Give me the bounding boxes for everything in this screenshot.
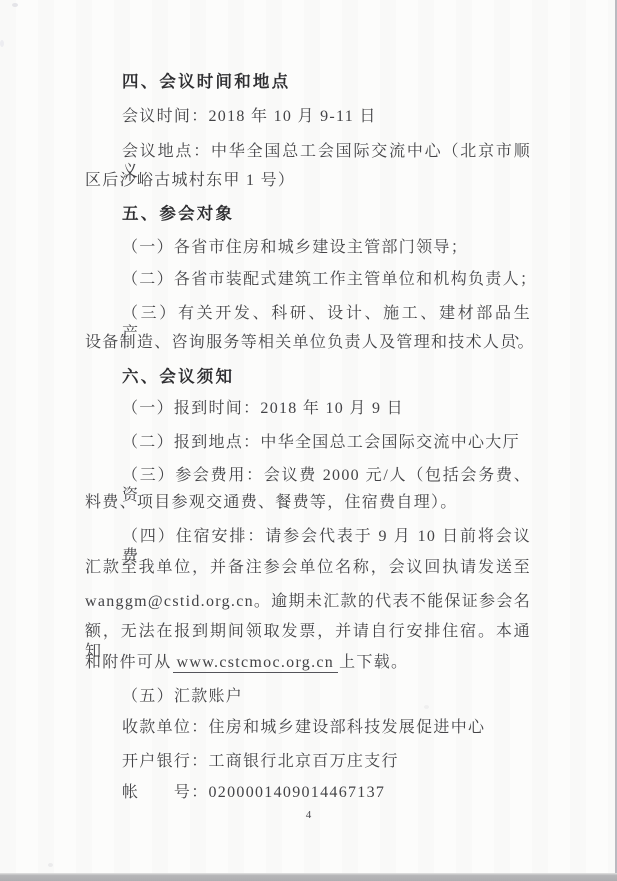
- download-note-line: 和附件可从www.cstcmoc.org.cn上下载。: [85, 653, 408, 673]
- scan-speck: [424, 705, 429, 709]
- scanned-document-page: 四、会议时间和地点 会议时间：2018 年 10 月 9-11 日 会议地点：中…: [0, 0, 617, 881]
- download-note-prefix: 和附件可从: [85, 654, 172, 671]
- page-number: 4: [0, 809, 617, 821]
- heading-participants: 五、参会对象: [122, 204, 234, 224]
- meeting-time-line: 会议时间：2018 年 10 月 9-11 日: [122, 107, 377, 127]
- heading-meeting-notes: 六、会议须知: [122, 367, 234, 387]
- participants-item-3-cont: 设备制造、咨询服务等相关单位负责人及管理和技术人员。: [85, 333, 535, 353]
- accommodation-line-2: 汇款至我单位，并备注参会单位名称，会议回执请发送至: [85, 558, 531, 578]
- checkin-location-line: （二）报到地点：中华全国总工会国际交流中心大厅: [122, 433, 520, 453]
- scan-edge-bottom: [0, 873, 617, 881]
- payee-line: 收款单位：住房和城乡建设部科技发展促进中心: [122, 718, 485, 738]
- heading-meeting-time-location: 四、会议时间和地点: [122, 72, 290, 92]
- participants-item-2: （二）各省市装配式建筑工作主管单位和机构负责人；: [122, 270, 537, 290]
- remittance-account-line: （五）汇款账户: [122, 687, 243, 707]
- fee-line-cont: 料费、项目参观交通费、餐费等，住宿费自理）。: [85, 493, 458, 513]
- scan-speck: [12, 3, 18, 7]
- accommodation-line-3: wanggm@cstid.org.cn。逾期未汇款的代表不能保证参会名: [85, 592, 531, 612]
- scan-speck: [48, 863, 53, 867]
- meeting-location-line-cont: 区后沙峪古城村东甲 1 号）: [85, 171, 295, 191]
- participants-item-1: （一）各省市住房和城乡建设主管部门领导；: [122, 238, 468, 258]
- scan-speck: [0, 40, 4, 47]
- download-url: www.cstcmoc.org.cn: [173, 654, 339, 673]
- account-number-line: 帐 号：0200001409014467137: [122, 783, 385, 803]
- checkin-time-line: （一）报到时间：2018 年 10 月 9 日: [122, 399, 404, 419]
- bank-line: 开户银行：工商银行北京百万庄支行: [122, 752, 399, 772]
- download-note-suffix: 上下载。: [339, 654, 408, 671]
